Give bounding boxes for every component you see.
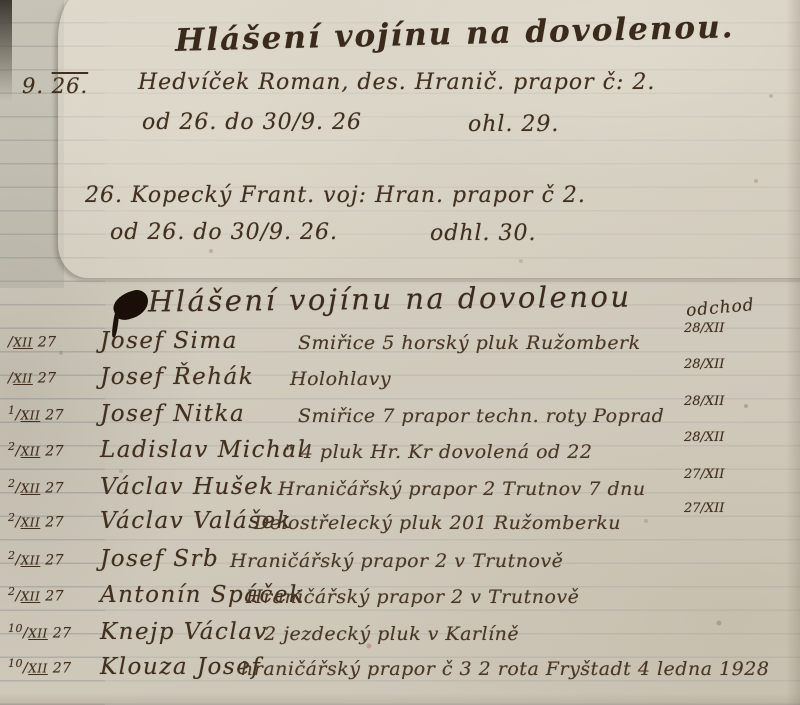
departure-date: 27/XII [684,501,724,516]
soldier-name: Klouza Josef [100,654,261,680]
report-month: XII [21,516,41,530]
report-day: 2 [8,440,16,453]
report-year: 27 [45,408,64,424]
report-date: 2/XII 27 [8,477,64,497]
report-month: XII [28,627,48,641]
paper-speckles [0,0,2,2]
entry1-margin: 9. 26. [22,74,88,98]
report-day: 2 [8,511,16,524]
report-year: 27 [45,589,64,605]
departure-date: 27/XII [684,467,724,482]
unit-details: Holohlavy [290,368,391,390]
report-day: 10 [8,657,23,670]
report-date: 1/XII 27 [8,404,64,424]
report-year: 27 [38,335,57,351]
entry2-dates: od 26. do 30/9. 26. [110,220,338,245]
entry1-margin-prefix: 9. [22,74,44,98]
photo-edge-shadow [0,0,12,102]
unit-details: Hraničářský prapor 2 v Trutnově [230,550,563,572]
report-date: 10/XII 27 [8,657,72,677]
bottom-edge-shade [0,693,800,705]
report-year: 27 [38,371,57,387]
table-row: /XII 27 Josef Sima Smiřice 5 horský pluk… [0,328,800,364]
report-month: XII [21,409,41,423]
departure-date: 28/XII [684,430,724,445]
entry2-note: odhl. 30. [430,221,537,246]
soldier-name: Josef Řehák [100,364,254,390]
report-date: 2/XII 27 [8,511,64,531]
soldier-name: Josef Srb [100,546,219,572]
entry1-dates: od 26. do 30/9. 26 [142,110,362,135]
unit-details: Hraničářský prapor 2 Trutnov 7 dnu [278,478,646,500]
report-month: XII [21,482,41,496]
report-date: 2/XII 27 [8,440,64,460]
report-date: 10/XII 27 [8,622,72,642]
departure-date: 28/XII [684,357,724,372]
report-year: 27 [45,444,64,460]
unit-details: 2 jezdecký pluk v Karlíně [264,623,519,645]
unit-details: Delostřelecký pluk 201 Ružomberku [254,512,621,534]
report-month: XII [28,662,48,676]
report-day: 2 [8,585,16,598]
table-row: 10/XII 27 Klouza Josef hraničářský prapo… [0,654,800,690]
entry1-note: ohl. 29. [468,112,559,137]
document-photo: Hlášení vojínu na dovolenou. 9. 26. Hedv… [0,0,800,705]
report-year: 27 [45,553,64,569]
departure-date: 28/XII [684,321,724,336]
soldier-name: Knejp Václav [100,619,268,645]
report-month: XII [13,372,33,386]
soldier-name: Josef Nitka [100,401,245,427]
entry2-line: 26. Kopecký Frant. voj: Hran. prapor č 2… [85,183,586,208]
list-title: Hlášení vojínu na dovolenou [148,279,632,318]
report-month: XII [21,445,41,459]
table-row: 2/XII 27 Václav Hušek Hraničářský prapor… [0,474,800,510]
table-row: 2/XII 27 Josef Srb Hraničářský prapor 2 … [0,546,800,582]
report-day: 2 [8,549,16,562]
unit-details: Smiřice 5 horský pluk Ružomberk [298,332,641,354]
table-row: 2/XII 27 Václav Valášek Delostřelecký pl… [0,508,800,544]
report-year: 27 [53,626,72,642]
report-date: 2/XII 27 [8,585,64,605]
unit-details: hraničářský prapor č 3 2 rota Fryštadt 4… [241,658,769,680]
report-date: /XII 27 [8,367,57,387]
table-row: 1/XII 27 Josef Nitka Smiřice 7 prapor te… [0,401,800,437]
table-row: 2/XII 27 Ladislav Michal " 4 pluk Hr. Kr… [0,437,800,473]
report-year: 27 [53,661,72,677]
unit-details: " 4 pluk Hr. Kr dovolená od 22 [285,441,592,463]
unit-details: Smiřice 7 prapor techn. roty Poprad [298,405,664,427]
departure-date: 28/XII [684,394,724,409]
soldier-name: Václav Hušek [100,474,275,500]
soldier-name: Ladislav Michal [100,437,306,463]
report-month: XII [21,590,41,604]
report-month: XII [21,554,41,568]
report-date: /XII 27 [8,331,57,351]
report-month: XII [13,336,33,350]
report-date: 2/XII 27 [8,549,64,569]
table-row: 2/XII 27 Antonín Spáček Hraničářský prap… [0,582,800,618]
report-day: 10 [8,622,23,635]
report-day: 2 [8,477,16,490]
entry1-soldier: Hedvíček Roman, des. Hranič. prapor č: 2… [138,70,655,95]
report-day: 1 [8,404,16,417]
table-row: 10/XII 27 Knejp Václav 2 jezdecký pluk v… [0,619,800,655]
soldier-name: Josef Sima [100,328,238,354]
entry1-margin-number: 26. [52,74,88,98]
report-year: 27 [45,515,64,531]
report-year: 27 [45,481,64,497]
unit-details: Hraničářský prapor 2 v Trutnově [246,586,579,608]
table-row: /XII 27 Josef Řehák Holohlavy 28/XII [0,364,800,400]
